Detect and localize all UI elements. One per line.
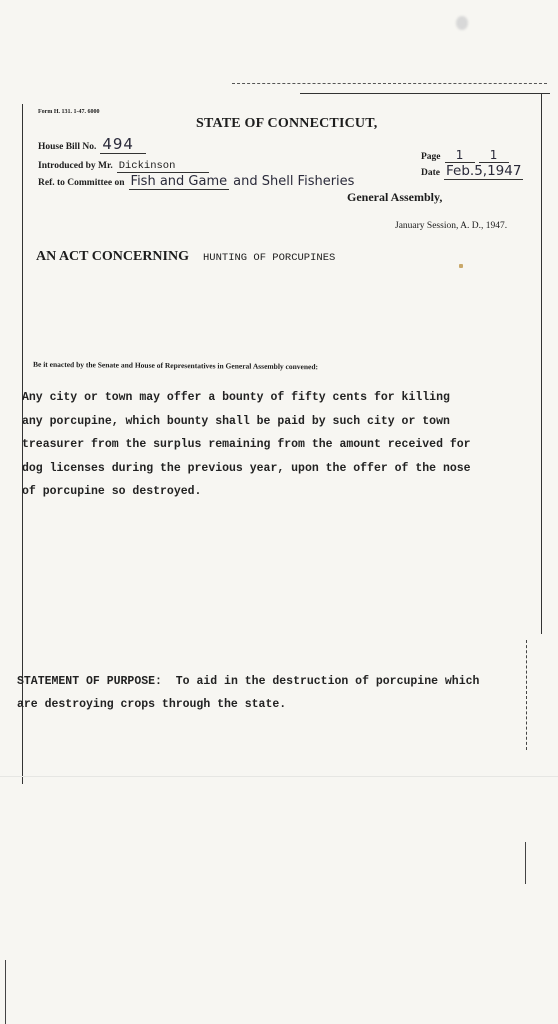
top-border-dashed [232, 83, 547, 84]
introduced-row: Introduced by Mr. Dickinson [38, 155, 209, 173]
bill-number: 494 [100, 135, 146, 154]
left-border-lower [5, 960, 6, 1024]
body-line: treasurer from the surplus remaining fro… [22, 433, 542, 457]
page-label: Page [421, 152, 441, 162]
committee-row: Ref. to Committee on Fish and Game and S… [38, 172, 354, 190]
form-number: Form H. 131. 1-47. 6000 [38, 109, 100, 115]
enacting-clause: Be it enacted by the Senate and House of… [33, 360, 318, 371]
committee-label: Ref. to Committee on [38, 178, 125, 188]
introduced-label: Introduced by Mr. [38, 161, 113, 171]
page-fold [0, 776, 558, 777]
date-value: Feb.5,1947 [444, 163, 523, 180]
date-label: Date [421, 168, 440, 178]
scan-smudge [456, 16, 468, 30]
act-heading: AN ACT CONCERNING HUNTING OF PORCUPINES [36, 247, 335, 265]
top-border [300, 93, 550, 94]
bill-body: Any city or town may offer a bounty of f… [22, 386, 542, 504]
general-assembly: General Assembly, [347, 190, 442, 205]
right-border [541, 94, 542, 634]
bill-number-row: House Bill No. 494 [38, 135, 146, 154]
committee-name-cont: and Shell Fisheries [233, 174, 354, 189]
statement-of-purpose: STATEMENT OF PURPOSE: To aid in the dest… [17, 670, 537, 716]
committee-name: Fish and Game [129, 174, 230, 190]
body-line: of porcupine so destroyed. [22, 480, 542, 504]
right-border-lower [525, 842, 526, 884]
act-title: HUNTING OF PORCUPINES [203, 252, 335, 264]
body-line: dog licenses during the previous year, u… [22, 457, 542, 481]
page-current: 1 [445, 148, 475, 163]
body-line: any porcupine, which bounty shall be pai… [22, 410, 542, 434]
bill-label: House Bill No. [38, 142, 96, 152]
date-row: Date Feb.5,1947 [421, 162, 523, 180]
act-lead: AN ACT CONCERNING [36, 249, 189, 264]
orange-mark [459, 264, 463, 268]
purpose-line-2: are destroying crops through the state. [17, 693, 537, 716]
body-line: Any city or town may offer a bounty of f… [22, 386, 542, 410]
state-title: STATE OF CONNECTICUT, [196, 116, 377, 132]
purpose-line-1: To aid in the destruction of porcupine w… [176, 675, 480, 688]
purpose-label: STATEMENT OF PURPOSE: [17, 675, 162, 688]
document-page: Form H. 131. 1-47. 6000 STATE OF CONNECT… [0, 0, 558, 1024]
page-total: 1 [479, 148, 509, 163]
session: January Session, A. D., 1947. [395, 221, 507, 231]
